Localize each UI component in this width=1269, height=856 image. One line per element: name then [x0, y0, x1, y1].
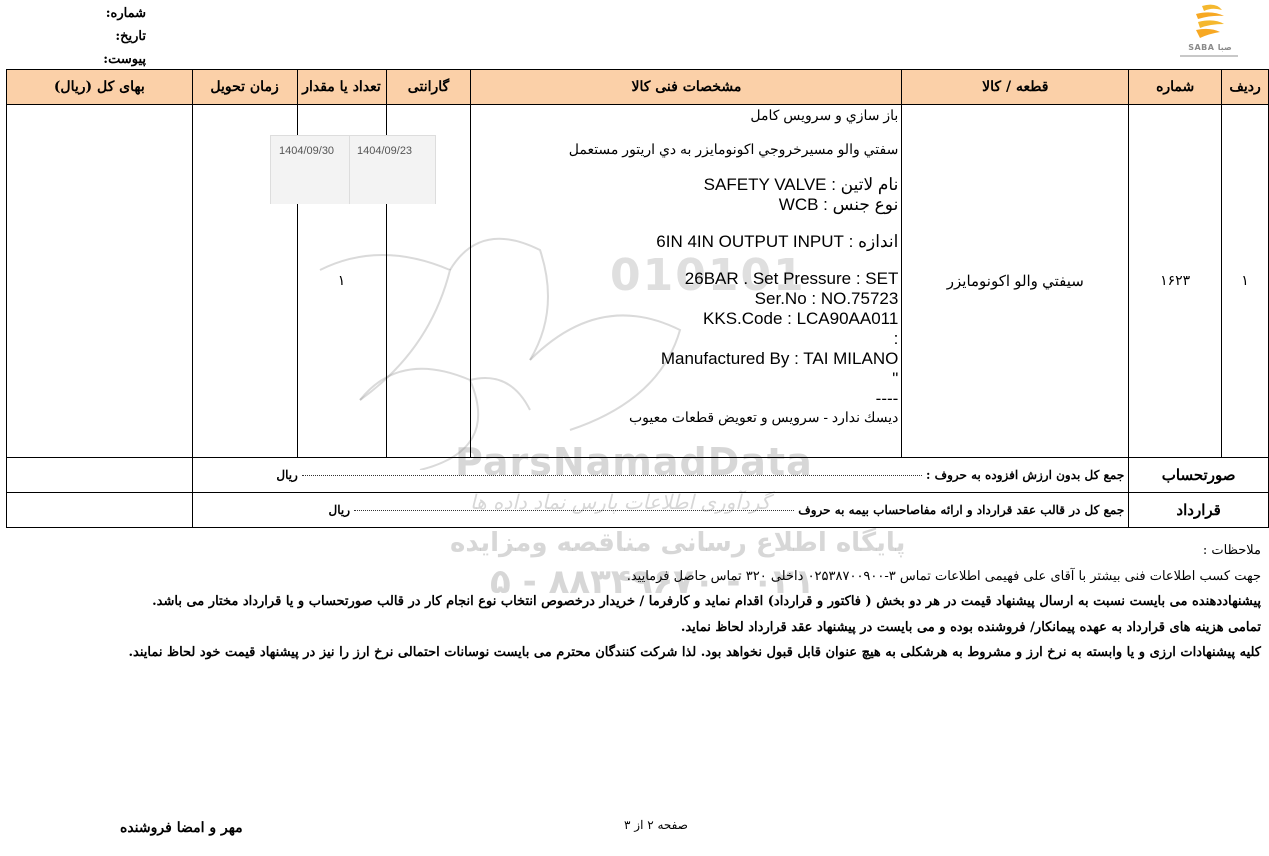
col-total-price: بهای کل (ریال)	[7, 70, 193, 105]
cell-number: ۱۶۲۳	[1129, 105, 1222, 458]
note-item: جهت کسب اطلاعات فنی بیشتر با آقای علی فه…	[81, 564, 1261, 590]
contract-row: قرارداد جمع کل در قالب عقد قرارداد و ارا…	[7, 493, 1269, 528]
spec-line: سفتي والو مسيرخروجي اكونومايزر به دي اري…	[471, 141, 898, 158]
cell-total-price	[7, 105, 193, 458]
logo-brand-text: SABA صبا	[1180, 43, 1240, 52]
invoice-total-text: جمع کل بدون ارزش افزوده به حروف : ریال	[192, 458, 1129, 493]
invoice-row: صورتحساب جمع کل بدون ارزش افزوده به حروف…	[7, 458, 1269, 493]
table-row: ۱ ۱۶۲۳ سيفتي والو اكونومايزر باز سازي و …	[7, 105, 1269, 458]
spec-line: "	[471, 369, 898, 389]
cell-item: سيفتي والو اكونومايزر	[902, 105, 1129, 458]
meta-number-label: شماره:	[96, 2, 146, 25]
col-item: قطعه / کالا	[902, 70, 1129, 105]
note-item: پیشنهاددهنده می بایست نسبت به ارسال پیشن…	[81, 589, 1261, 615]
meta-attachment-label: پیوست:	[96, 48, 146, 71]
items-table: ردیف شماره قطعه / کالا مشخصات فنی کالا گ…	[6, 69, 1269, 528]
note-item: کلیه پیشنهادات ارزی و یا وابسته به نرخ ا…	[81, 640, 1261, 666]
cell-row-number: ۱	[1222, 105, 1269, 458]
invoice-label: صورتحساب	[1129, 458, 1269, 493]
contract-unit: ریال	[329, 503, 351, 517]
invoice-amount	[7, 458, 193, 493]
spec-line: ديسك ندارد - سرويس و تعويض قطعات معيوب	[471, 409, 898, 426]
spec-line: Manufactured By : TAI MILANO	[471, 349, 898, 369]
meta-date-label: تاریخ:	[96, 25, 146, 48]
page-number: صفحه ۲ از ۳	[624, 818, 688, 832]
saba-logo-icon	[1192, 2, 1226, 40]
logo-tagline	[1180, 55, 1238, 57]
col-row-number: ردیف	[1222, 70, 1269, 105]
col-number: شماره	[1129, 70, 1222, 105]
delivery-date-start: 1404/09/23	[357, 145, 427, 157]
notes-section: ملاحظات : جهت کسب اطلاعات فنی بیشتر با آ…	[81, 538, 1261, 666]
notes-title: ملاحظات :	[81, 538, 1261, 564]
spec-line: نوع جنس : WCB	[471, 195, 898, 215]
col-delivery-time: زمان تحویل	[192, 70, 297, 105]
document-meta: شماره: تاریخ: پیوست:	[96, 2, 146, 71]
col-guarantee: گارانتی	[386, 70, 471, 105]
spec-line: اندازه : 6IN 4IN OUTPUT INPUT	[471, 232, 898, 252]
spec-line: نام لاتين : SAFETY VALVE	[471, 175, 898, 195]
spec-line: :	[471, 329, 898, 349]
spec-line: KKS.Code : LCA90AA011	[471, 309, 898, 329]
spec-line: 75723.Ser.No : NO	[471, 289, 898, 309]
spec-line: ----	[471, 389, 898, 409]
contract-total-text: جمع کل در قالب عقد قرارداد و ارائه مفاصا…	[192, 493, 1129, 528]
delivery-dates-grid: 1404/09/30 1404/09/23	[270, 135, 436, 204]
company-logo: SABA صبا	[1178, 0, 1240, 66]
contract-label: قرارداد	[1129, 493, 1269, 528]
invoice-unit: ریال	[276, 468, 298, 482]
seller-signature-label: مهر و امضا فروشنده	[120, 820, 243, 836]
table-header-row: ردیف شماره قطعه / کالا مشخصات فنی کالا گ…	[7, 70, 1269, 105]
col-quantity: تعداد یا مقدار	[297, 70, 386, 105]
col-specs: مشخصات فنی کالا	[471, 70, 902, 105]
contract-amount	[7, 493, 193, 528]
note-item: تمامی هزینه های قرارداد به عهده پیمانکار…	[81, 615, 1261, 641]
spec-line: باز سازي و سرويس كامل	[471, 107, 898, 124]
cell-specs: باز سازي و سرويس كامل سفتي والو مسيرخروج…	[471, 105, 902, 458]
delivery-date-end: 1404/09/30	[279, 145, 349, 157]
spec-line: 26BAR . Set Pressure : SET	[471, 269, 898, 289]
